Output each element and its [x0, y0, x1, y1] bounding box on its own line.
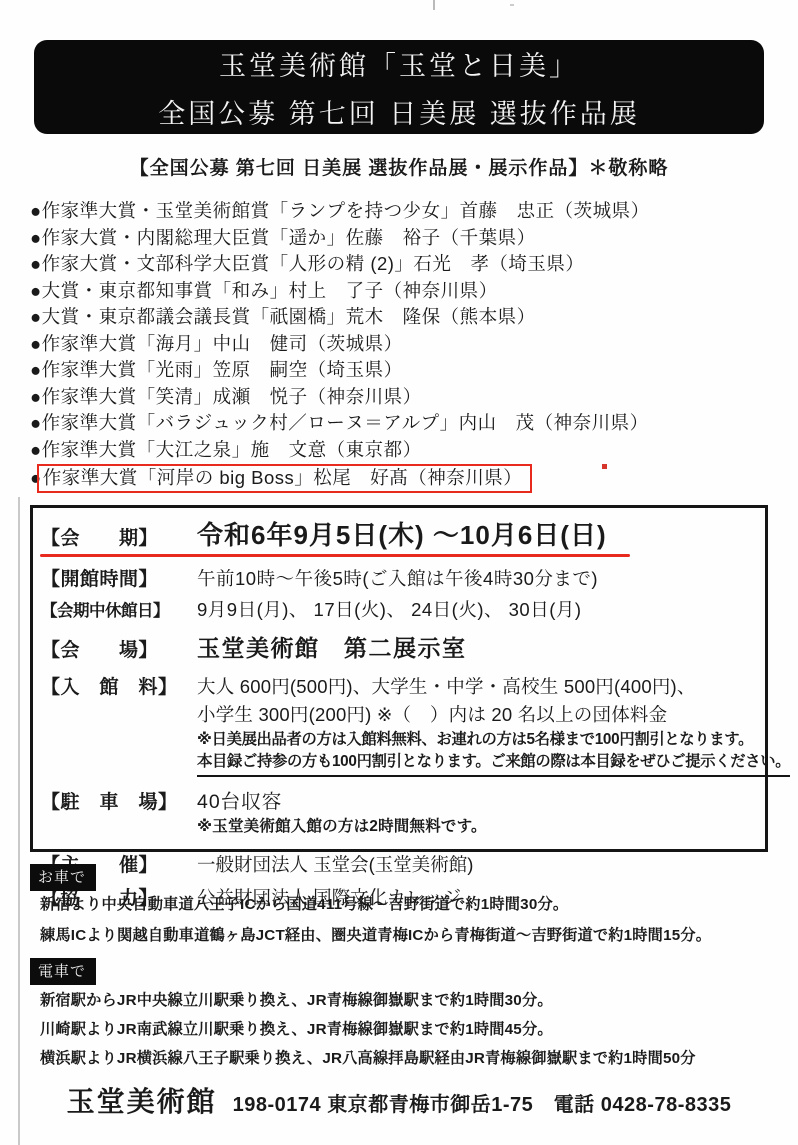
closed-days-label: 【会期中休館日】	[41, 597, 197, 621]
organizer-row: 【主 催】 一般財団法人 玉堂会(玉堂美術館)	[41, 850, 757, 877]
train-access-line: 新宿駅からJR中央線立川駅乗り換え、JR青梅線御嶽駅まで約1時間30分。	[40, 989, 553, 1010]
award-item: ●作家準大賞「海月」中山 健司（茨城県）	[30, 331, 770, 358]
title-line-1: 玉堂美術館「玉堂と日美」	[219, 44, 579, 83]
venue-label: 【会 場】	[41, 635, 197, 662]
exhibition-flyer-page: 玉堂美術館「玉堂と日美」 全国公募 第七回 日美展 選抜作品展 【全国公募 第七…	[0, 0, 798, 1145]
open-hours-label: 【開館時間】	[41, 564, 197, 591]
award-item-highlighted: ●作家準大賞「河岸の big Boss」松尾 好髙（神奈川県）	[30, 464, 770, 493]
admission-row: 【入 館 料】 大人 600円(500円)、大学生・中学・高校生 500円(40…	[41, 672, 757, 777]
admission-label: 【入 館 料】	[41, 672, 197, 699]
train-access-line: 横浜駅よりJR横浜線八王子駅乗り換え、JR八高線拝島駅経由JR青梅線御嶽駅まで約…	[40, 1047, 696, 1068]
red-underline-decoration	[40, 554, 630, 558]
title-banner: 玉堂美術館「玉堂と日美」 全国公募 第七回 日美展 選抜作品展	[34, 40, 764, 134]
open-hours-value: 午前10時～午後5時(ご入館は午後4時30分まで)	[197, 565, 598, 591]
title-line-2: 全国公募 第七回 日美展 選抜作品展	[158, 92, 640, 131]
open-hours-row: 【開館時間】 午前10時～午後5時(ご入館は午後4時30分まで)	[41, 564, 757, 591]
venue-row: 【会 場】 玉堂美術館 第二展示室	[41, 630, 757, 663]
organizer-value: 一般財団法人 玉堂会(玉堂美術館)	[197, 851, 473, 877]
car-access-line: 練馬ICより関越自動車道鶴ヶ島JCT経由、圏央道青梅ICから青梅街道～吉野街道で…	[40, 924, 711, 945]
period-label: 【会 期】	[41, 523, 197, 550]
award-item: ●大賞・東京都知事賞「和み」村上 了子（神奈川県）	[30, 278, 770, 305]
scan-artifact-line	[18, 497, 20, 1145]
parking-details: 40台収容 ※玉堂美術館入館の方は2時間無料です。	[197, 789, 487, 839]
award-item: ●作家準大賞「光雨」笠原 嗣空（埼玉県）	[30, 357, 770, 384]
parking-capacity: 40台収容	[197, 789, 487, 815]
award-winner-list: ●作家準大賞・玉堂美術館賞「ランプを持つ少女」首藤 忠正（茨城県） ●作家大賞・…	[30, 198, 770, 493]
admission-line-2: 小学生 300円(200円) ※（ ）内は 20 名以上の団体料金	[197, 701, 790, 729]
highlighted-award-text: 作家準大賞「河岸の big Boss」松尾 好髙（神奈川県）	[37, 464, 533, 493]
award-item: ●大賞・東京都議会議長賞「祇園橋」荒木 隆保（熊本県）	[30, 304, 770, 331]
access-by-car-tag: お車で	[30, 864, 96, 891]
admission-note-2: 本目録ご持参の方も100円割引となります。ご来館の際は本目録をぜひご提示ください…	[197, 751, 790, 777]
admission-note-1: ※日美展出品者の方は入館料無料、お連れの方は5名様まで100円割引となります。	[197, 729, 790, 751]
closed-days-row: 【会期中休館日】 9月9日(月)、 17日(火)、 24日(火)、 30日(月)	[41, 596, 757, 622]
award-item: ●作家大賞・内閣総理大臣賞「遥か」佐藤 裕子（千葉県）	[30, 225, 770, 252]
train-access-line: 川崎駅よりJR南武線立川駅乗り換え、JR青梅線御嶽駅まで約1時間45分。	[40, 1018, 553, 1039]
exhibit-works-subtitle: 【全国公募 第七回 日美展 選抜作品展・展示作品】＊敬称略	[0, 153, 798, 180]
award-item: ●作家準大賞・玉堂美術館賞「ランプを持つ少女」首藤 忠正（茨城県）	[30, 198, 770, 225]
museum-name: 玉堂美術館	[67, 1080, 217, 1120]
parking-label: 【駐 車 場】	[41, 787, 197, 814]
scan-artifact-red-dot	[602, 464, 607, 469]
access-by-train-tag: 電車で	[30, 958, 96, 985]
award-item: ●作家準大賞「笑清」成瀬 悦子（神奈川県）	[30, 384, 770, 411]
scan-artifact-tick	[433, 0, 435, 10]
museum-address-phone: 198-0174 東京都青梅市御岳1-75 電話 0428-78-8335	[233, 1088, 732, 1117]
venue-value: 玉堂美術館 第二展示室	[197, 630, 467, 663]
award-item: ●作家大賞・文部科学大臣賞「人形の精 (2)」石光 孝（埼玉県）	[30, 251, 770, 278]
parking-note: ※玉堂美術館入館の方は2時間無料です。	[197, 815, 487, 839]
scan-artifact-tick	[510, 4, 514, 6]
period-row: 【会 期】 令和6年9月5日(木) ～10月6日(日)	[41, 515, 757, 559]
award-item: ●作家準大賞「大江之泉」施 文意（東京都）	[30, 437, 770, 464]
admission-details: 大人 600円(500円)、大学生・中学・高校生 500円(400円)、 小学生…	[197, 673, 790, 777]
award-item: ●作家準大賞「バラジュック村／ローヌ＝アルプ」内山 茂（神奈川県）	[30, 410, 770, 437]
car-access-line: 新宿より中央自動車道八王子ICから国道411号線～吉野街道で約1時間30分。	[40, 893, 568, 914]
admission-line-1: 大人 600円(500円)、大学生・中学・高校生 500円(400円)、	[197, 673, 790, 701]
parking-row: 【駐 車 場】 40台収容 ※玉堂美術館入館の方は2時間無料です。	[41, 787, 757, 839]
museum-contact-footer: 玉堂美術館 198-0174 東京都青梅市御岳1-75 電話 0428-78-8…	[0, 1080, 798, 1120]
period-value: 令和6年9月5日(木) ～10月6日(日)	[197, 515, 607, 552]
exhibition-info-box: 【会 期】 令和6年9月5日(木) ～10月6日(日) 【開館時間】 午前10時…	[30, 505, 768, 852]
closed-days-value: 9月9日(月)、 17日(火)、 24日(火)、 30日(月)	[197, 596, 582, 622]
